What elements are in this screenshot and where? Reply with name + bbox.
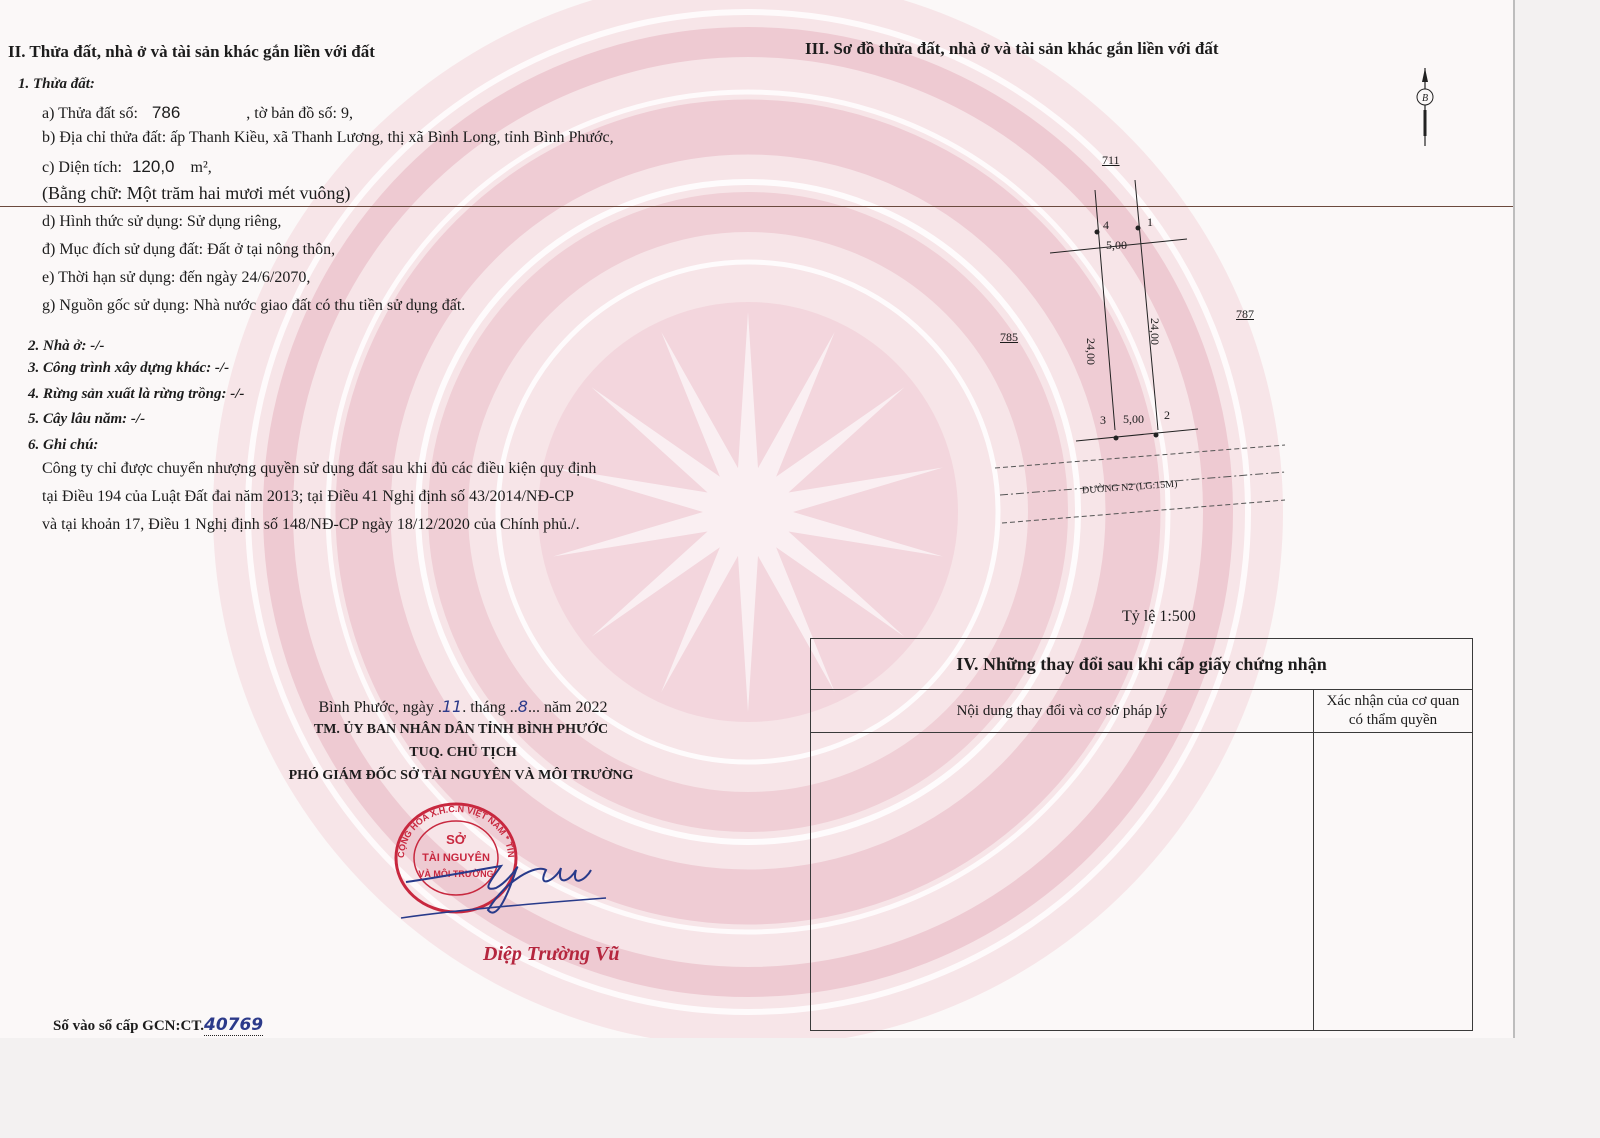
register-label: Số vào sổ cấp GCN:CT.: [53, 1018, 204, 1034]
edge-bottom-length: 5,00: [1123, 412, 1144, 427]
edge-left-length: 24,00: [1083, 338, 1098, 365]
issue-month: 8: [518, 697, 528, 716]
note-line: tại Điều 194 của Luật Đất đai năm 2013; …: [42, 488, 574, 506]
issuing-org: TM. ỦY BAN NHÂN DÂN TỈNH BÌNH PHƯỚC: [314, 722, 608, 738]
parcel-number: 786: [152, 103, 180, 122]
vertex-3: 3: [1100, 413, 1106, 428]
map-scale: Tỷ lệ 1:500: [1122, 608, 1196, 626]
content-cell[interactable]: [811, 733, 1314, 1031]
forest-item: 4. Rừng sản xuất là rừng trồng: -/-: [28, 386, 244, 403]
house-item: 2. Nhà ở: -/-: [28, 338, 104, 355]
section-4-title: IV. Những thay đổi sau khi cấp giấy chứn…: [811, 639, 1473, 690]
handwritten-signature: [396, 840, 616, 930]
signer-position: PHÓ GIÁM ĐỐC SỞ TÀI NGUYÊN VÀ MÔI TRƯỜNG: [289, 768, 634, 784]
edge-top-length: 5,00: [1106, 238, 1127, 253]
perennial-item: 5. Cây lâu năm: -/-: [28, 411, 145, 428]
svg-text:B: B: [1422, 93, 1428, 104]
note-line: Công ty chỉ được chuyển nhượng quyền sử …: [42, 460, 596, 478]
area-value: 120,0: [132, 157, 175, 176]
edge-right-length: 24,00: [1147, 318, 1162, 345]
other-construction-item: 3. Công trình xây dựng khác: -/-: [28, 360, 229, 377]
neighbor-north: 711: [1102, 153, 1120, 168]
column-content-header: Nội dung thay đổi và cơ sở pháp lý: [811, 690, 1314, 733]
area-in-words: (Bằng chữ: Một trăm hai mươi mét vuông): [42, 183, 350, 204]
area-unit: m²,: [191, 159, 212, 176]
changes-table: IV. Những thay đổi sau khi cấp giấy chứn…: [810, 638, 1473, 1031]
section-3-title: III. Sơ đồ thửa đất, nhà ở và tài sản kh…: [805, 39, 1219, 59]
neighbor-west: 785: [1000, 330, 1018, 345]
on-behalf: TUQ. CHỦ TỊCH: [409, 745, 516, 761]
register-number-row: Số vào sổ cấp GCN:CT.40769: [53, 1015, 263, 1035]
certificate-page: II. Thửa đất, nhà ở và tài sản khác gắn …: [0, 0, 1513, 1038]
page-edge: [1513, 0, 1515, 1038]
section-2-title: II. Thửa đất, nhà ở và tài sản khác gắn …: [8, 42, 375, 62]
area-row: c) Diện tích: 120,0 m²,: [42, 157, 212, 177]
map-sheet: , tờ bản đồ số: 9,: [246, 105, 353, 122]
neighbor-east: 787: [1236, 307, 1254, 322]
usage-origin: g) Nguồn gốc sử dụng: Nhà nước giao đất …: [42, 297, 465, 315]
signer-name: Diệp Trường Vũ: [483, 943, 619, 966]
usage-form: d) Hình thức sử dụng: Sử dụng riêng,: [42, 213, 281, 231]
usage-purpose: đ) Mục đích sử dụng đất: Đất ở tại nông …: [42, 241, 335, 259]
notes-heading: 6. Ghi chú:: [28, 437, 98, 454]
vertex-2: 2: [1164, 408, 1170, 423]
north-arrow-icon: B: [1413, 68, 1437, 148]
land-heading: 1. Thửa đất:: [18, 76, 95, 93]
place-date: Bình Phước, ngày .11. tháng ..8... năm 2…: [319, 697, 608, 717]
note-line: và tại khoản 17, Điều 1 Nghị định số 148…: [42, 516, 580, 534]
parcel-address: b) Địa chỉ thửa đất: ấp Thanh Kiều, xã T…: [42, 129, 614, 147]
vertex-1: 1: [1147, 215, 1153, 230]
usage-term: e) Thời hạn sử dụng: đến ngày 24/6/2070,: [42, 269, 310, 287]
vertex-4: 4: [1103, 218, 1109, 233]
area-label: c) Diện tích:: [42, 159, 122, 176]
confirm-cell[interactable]: [1314, 733, 1473, 1031]
parcel-number-label: a) Thửa đất số:: [42, 105, 138, 122]
issue-day: 11: [442, 697, 462, 716]
parcel-diagram: [980, 140, 1300, 560]
register-number: 40769: [204, 1015, 263, 1036]
column-confirm-header: Xác nhận của cơ quan có thẩm quyền: [1314, 690, 1473, 733]
parcel-number-row: a) Thửa đất số: 786 , tờ bản đồ số: 9,: [42, 103, 353, 123]
